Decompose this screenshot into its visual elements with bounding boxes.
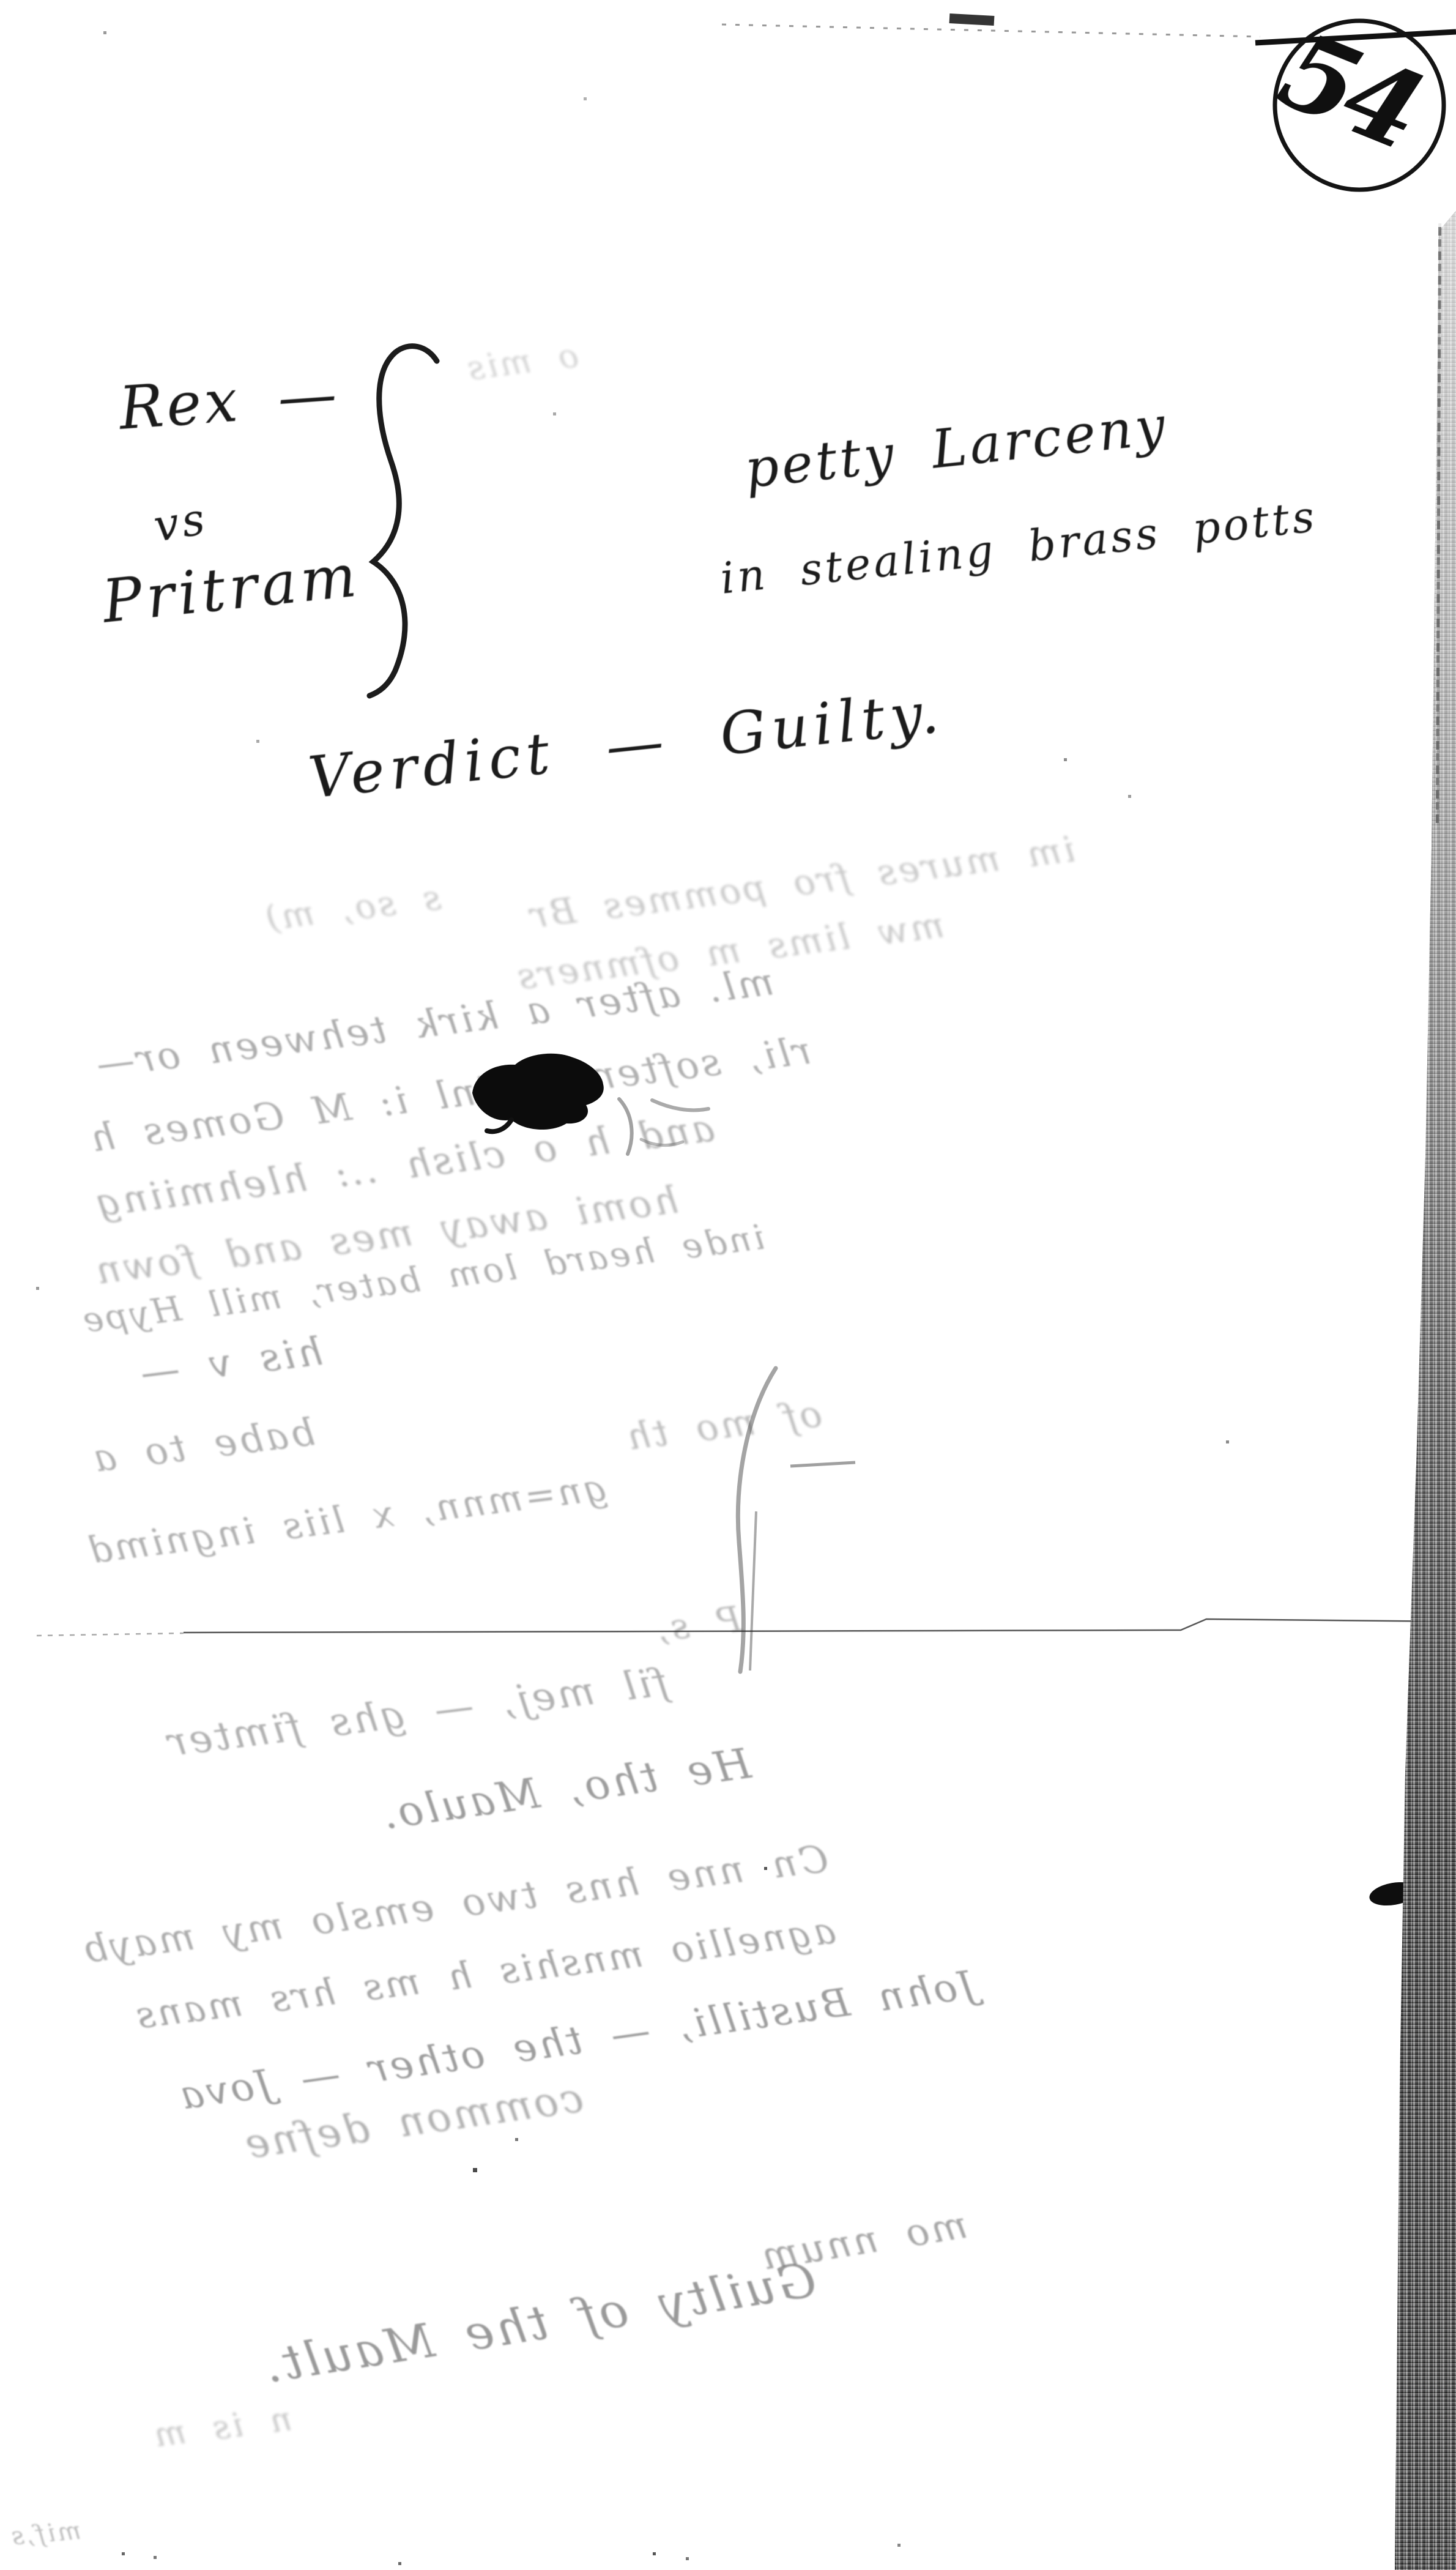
verso-stroke bbox=[750, 1511, 756, 1671]
ink-blot bbox=[472, 1054, 604, 1130]
top-rule-dashed bbox=[722, 24, 1260, 37]
entry-brace bbox=[370, 346, 437, 696]
blot-stroke-3 bbox=[641, 1139, 683, 1145]
entry-versus: vs bbox=[150, 493, 211, 552]
scratch-line-left bbox=[37, 1633, 184, 1636]
blot-stroke-1 bbox=[619, 1099, 632, 1154]
top-rule-blot bbox=[949, 18, 994, 21]
verso-dash bbox=[790, 1462, 855, 1466]
ink-blot-tail bbox=[487, 1120, 511, 1131]
scratch-line bbox=[184, 1619, 1456, 1633]
document-page: o misim mures fro pommes Brs so, m)mw li… bbox=[0, 0, 1456, 2570]
paper-specks bbox=[0, 0, 2, 2]
blot-stroke-2 bbox=[652, 1100, 708, 1110]
